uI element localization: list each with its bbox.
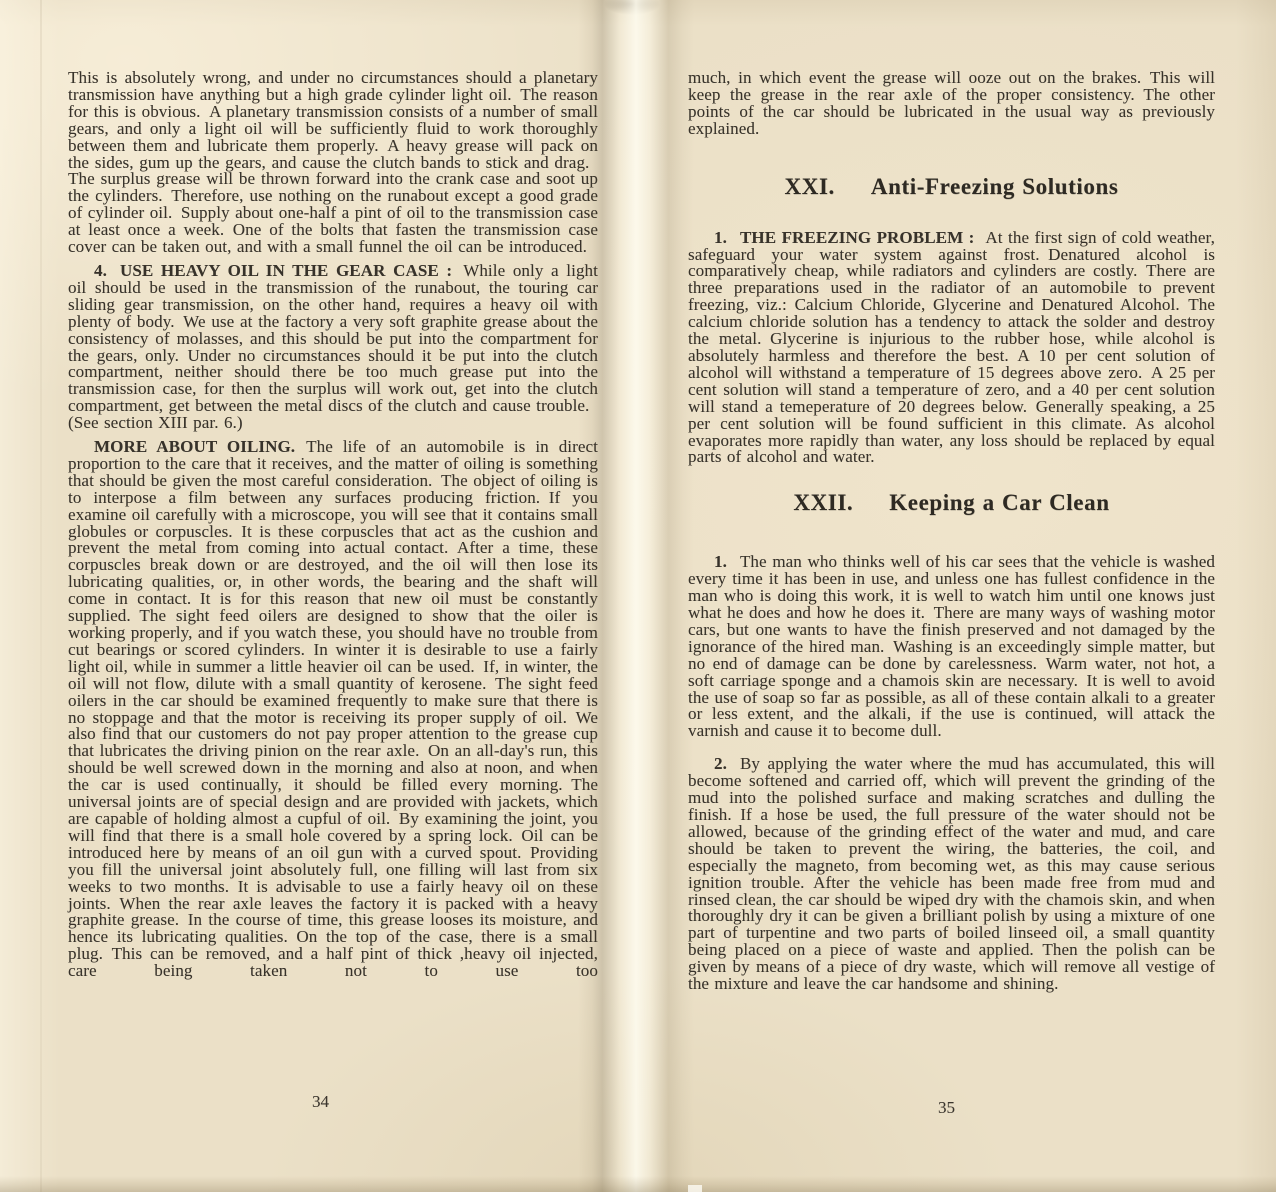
paragraph-text: This is absolutely wrong, and under no c… xyxy=(68,68,598,256)
right-page-number: 35 xyxy=(938,1098,955,1118)
paragraph-text: While only a light oil should be used in… xyxy=(68,261,598,432)
bottom-page-edge-shadow xyxy=(0,1176,1276,1192)
page-edge-line xyxy=(40,0,42,1192)
right-page-text-column: much, in which event the grease will ooz… xyxy=(688,70,1215,993)
section-title: Anti-Freezing Solutions xyxy=(871,174,1119,199)
gear-case-paragraph: 4.USE HEAVY OIL IN THE GEAR CASE :While … xyxy=(68,263,598,432)
binding-gutter-shadow xyxy=(578,0,694,1192)
more-about-oiling-paragraph: MORE ABOUT OILING.The life of an automob… xyxy=(68,439,598,980)
paragraph-text: much, in which event the grease will ooz… xyxy=(688,68,1215,138)
section-numeral: XXI. xyxy=(785,174,835,199)
left-page-text-column: This is absolutely wrong, and under no c… xyxy=(68,70,598,980)
paragraph-text: The man who thinks well of his car sees … xyxy=(688,552,1215,740)
washing-paragraph: 1.The man who thinks well of his car see… xyxy=(688,554,1215,740)
bottom-gutter-highlight xyxy=(688,1185,702,1192)
water-application-paragraph: 2.By applying the water where the mud ha… xyxy=(688,756,1215,993)
paragraph-text: The life of an automobile is in direct p… xyxy=(68,437,598,980)
freezing-problem-paragraph: 1.THE FREEZING PROBLEM :At the first sig… xyxy=(688,230,1215,467)
section-heading-xxii: XXII.Keeping a Car Clean xyxy=(688,490,1215,516)
paragraph-text: At the first sign of cold weather, safeg… xyxy=(688,228,1215,467)
section-title: Keeping a Car Clean xyxy=(889,490,1109,515)
intro-paragraph: This is absolutely wrong, and under no c… xyxy=(68,70,598,256)
paragraph-text: By applying the water where the mud has … xyxy=(688,754,1215,993)
left-page-number: 34 xyxy=(312,1092,329,1112)
continuation-paragraph: much, in which event the grease will ooz… xyxy=(688,70,1215,138)
section-numeral: XXII. xyxy=(793,490,853,515)
book-spread: This is absolutely wrong, and under no c… xyxy=(0,0,1276,1192)
section-heading-xxi: XXI.Anti-Freezing Solutions xyxy=(688,174,1215,200)
